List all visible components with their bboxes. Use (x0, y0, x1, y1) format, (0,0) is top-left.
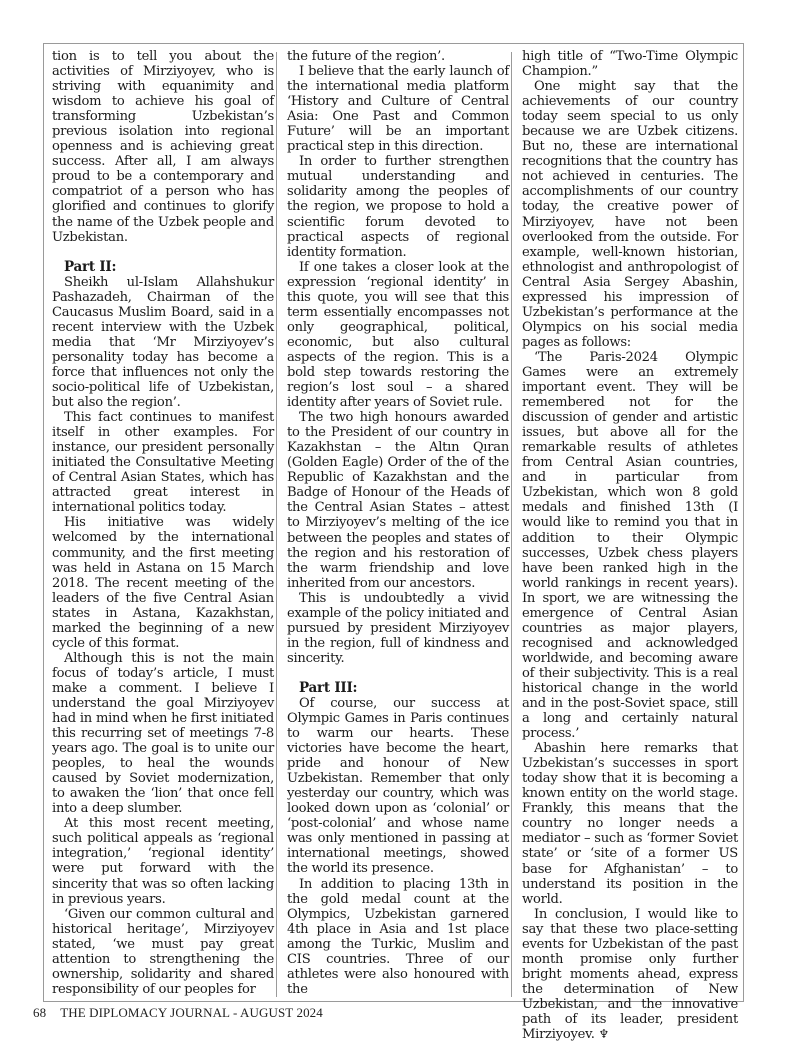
paragraph: At this most recent meeting, such politi… (52, 816, 274, 906)
page-footer: 68THE DIPLOMACY JOURNAL - AUGUST 2024 (33, 1005, 323, 1021)
paragraph: In order to further strengthen mutual un… (287, 154, 509, 259)
closing-text: In conclusion, I would like to say that … (522, 907, 738, 1042)
closing-paragraph: In conclusion, I would like to say that … (522, 907, 738, 1042)
paragraph: One might say that the achievements of o… (522, 79, 738, 350)
article-column-2: the future of the region’. I believe tha… (287, 49, 509, 997)
paragraph: high title of “Two-Time Olympic Champion… (522, 49, 738, 79)
section-gap (287, 666, 509, 681)
article-column-3: high title of “Two-Time Olympic Champion… (522, 49, 738, 1042)
paragraph: If one takes a closer look at the expres… (287, 260, 509, 410)
paragraph: the future of the region’. (287, 49, 509, 64)
paragraph: Of course, our success at Olympic Games … (287, 696, 509, 877)
article-column-1: tion is to tell you about the activities… (52, 49, 274, 997)
quote-paragraph: ‘The Paris-2024 Olympic Games were an ex… (522, 350, 738, 741)
paragraph: Sheikh ul-Islam Allahshukur Pashazadeh, … (52, 275, 274, 410)
section-gap (52, 245, 274, 260)
paragraph: tion is to tell you about the activities… (52, 49, 274, 245)
column-divider (276, 52, 277, 997)
paragraph: This fact continues to manifest itself i… (52, 410, 274, 515)
section-heading-part-3: Part III: (287, 681, 509, 696)
paragraph: In addition to placing 13th in the gold … (287, 877, 509, 997)
paragraph: Abashin here remarks that Uzbekistan’s s… (522, 741, 738, 907)
paragraph: His initiative was widely welcomed by th… (52, 515, 274, 650)
end-of-article-icon: ♆ (599, 1027, 610, 1041)
page-number: 68 (33, 1005, 46, 1020)
paragraph: Although this is not the main focus of t… (52, 651, 274, 817)
column-divider (511, 52, 512, 997)
section-heading-part-2: Part II: (52, 260, 274, 275)
paragraph: ‘Given our common cultural and historica… (52, 907, 274, 997)
paragraph: This is undoubtedly a vivid example of t… (287, 591, 509, 666)
publication-name: THE DIPLOMACY JOURNAL - AUGUST 2024 (60, 1005, 323, 1020)
paragraph: I believe that the early launch of the i… (287, 64, 509, 154)
paragraph: The two high honours awarded to the Pres… (287, 410, 509, 591)
